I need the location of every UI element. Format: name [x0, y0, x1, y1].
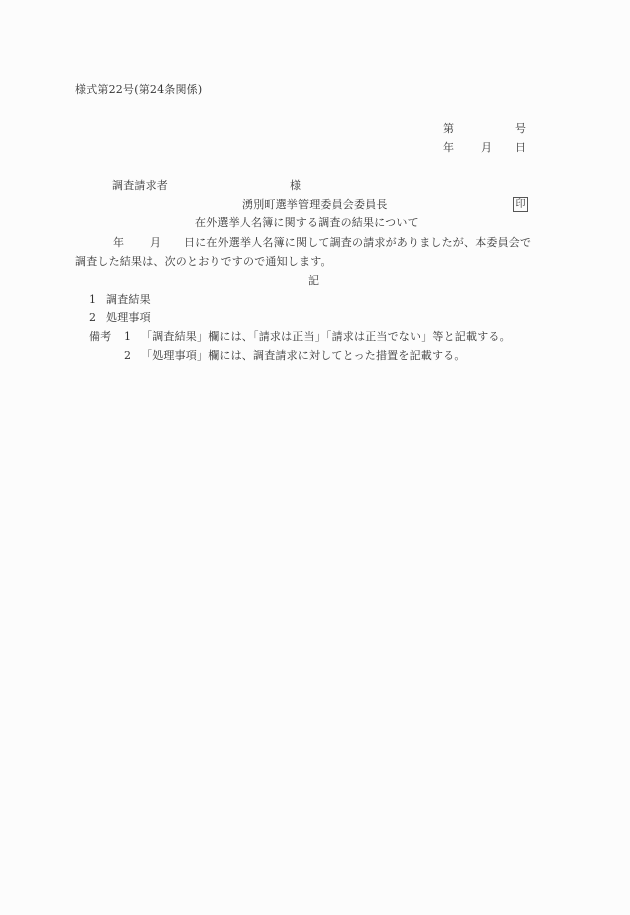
item-1-number: 1 [89, 294, 96, 305]
item-1-label: 調査結果 [106, 294, 151, 305]
item-2-number: 2 [89, 312, 96, 323]
number-suffix: 号 [515, 123, 526, 134]
addressee-honorific: 様 [290, 180, 301, 191]
body-year: 年 [113, 237, 124, 248]
body-month: 月 [150, 237, 161, 248]
remark-1-number: 1 [124, 331, 131, 342]
date-month: 月 [481, 142, 492, 153]
number-prefix: 第 [443, 123, 454, 134]
addressee-label: 調査請求者 [112, 180, 168, 191]
date-day: 日 [515, 142, 526, 153]
body-line-1: 日に在外選挙人名簿に関して調査の請求がありましたが、本委員会で [184, 237, 531, 248]
item-2-label: 処理事項 [106, 312, 151, 323]
seal-stamp-box: 印 [513, 197, 528, 212]
remark-2-text: 「処理事項」欄には、調査請求に対してとった措置を記載する。 [141, 350, 466, 361]
body-line-2: 調査した結果は、次のとおりですので通知します。 [75, 256, 332, 267]
remark-2-number: 2 [124, 350, 131, 361]
remark-1-text: 「調査結果」欄には、「請求は正当」「請求は正当でない」等と記載する。 [141, 331, 511, 342]
ki-heading: 記 [308, 275, 319, 286]
form-label: 様式第22号(第24条関係) [75, 84, 202, 95]
date-year: 年 [443, 142, 454, 153]
document-title: 在外選挙人名簿に関する調査の結果について [195, 217, 419, 228]
remarks-label: 備考 [89, 331, 111, 342]
sender-name: 湧別町選挙管理委員会委員長 [242, 199, 388, 210]
